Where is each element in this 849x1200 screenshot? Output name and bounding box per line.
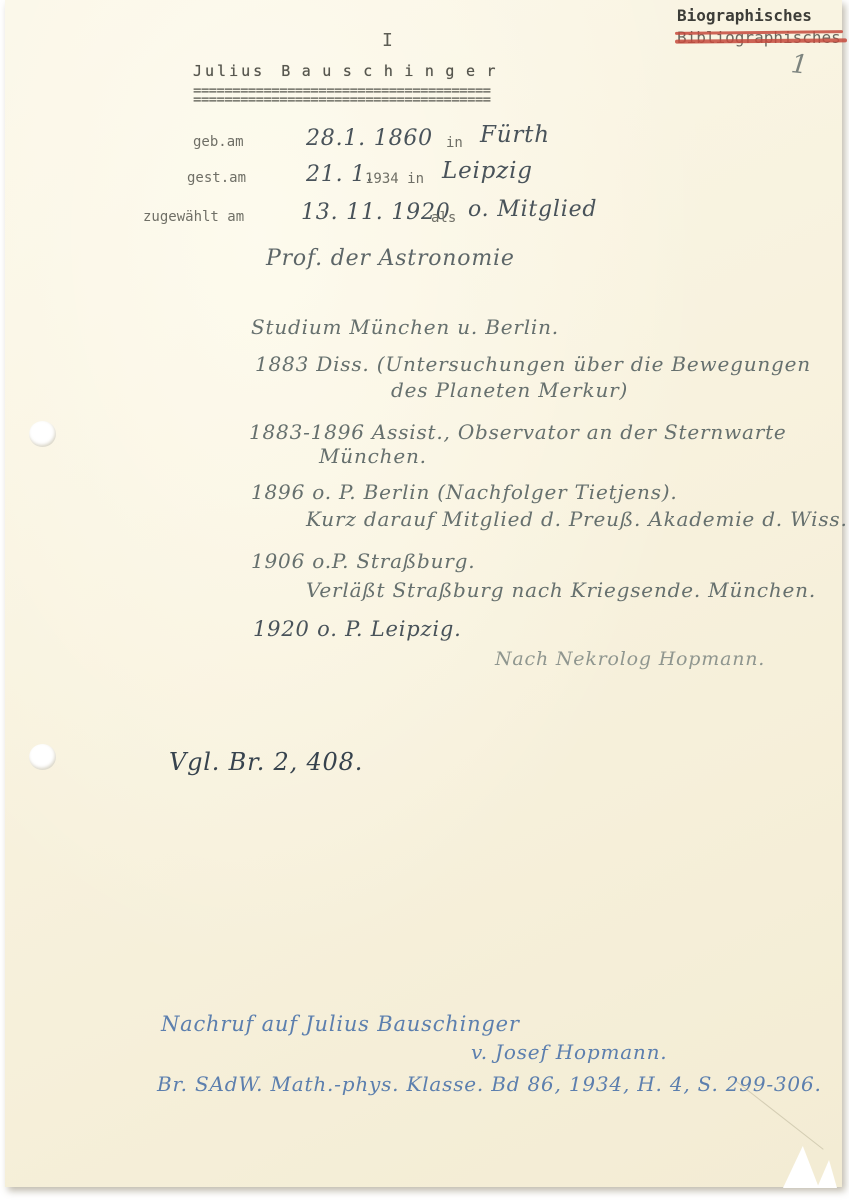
field-value-birth-date: 28.1. 1860 (306, 126, 433, 151)
punch-hole-bottom (29, 744, 56, 770)
biography-line-1906-strassburg: 1906 o.P. Straßburg. (251, 549, 475, 573)
field-value-death-place: Leipzig (442, 158, 533, 184)
section-numeral: I (382, 30, 393, 51)
biography-line-1920-leipzig: 1920 o. P. Leipzig. (253, 617, 462, 641)
field-value-death-date: 21. 1. (306, 162, 374, 187)
stamp-biographisches: Biographisches (677, 6, 812, 25)
field-label-gest-am: gest.am (187, 170, 246, 186)
page-title: JuliusBauschinger (193, 62, 507, 80)
torn-corner-notch-small (817, 1160, 837, 1188)
obituary-title-line: Nachruf auf Julius Bauschinger (161, 1012, 520, 1036)
biography-line-assist: 1883-1896 Assist., Observator an der Ste… (249, 420, 787, 444)
biography-line-muenchen: München. (319, 444, 427, 468)
obituary-author-line: v. Josef Hopmann. (471, 1040, 667, 1064)
title-underline-row2: ====================================== (193, 96, 491, 104)
field-value-membership-type: o. Mitglied (468, 197, 597, 222)
reference-note: Vgl. Br. 2, 408. (169, 748, 363, 776)
scanned-document-page: Biographisches Bibliographisches 1 I Jul… (5, 0, 842, 1187)
biography-line-kriegsende: Verläßt Straßburg nach Kriegsende. Münch… (306, 578, 816, 602)
torn-corner-notch-large (783, 1146, 819, 1188)
nekrolog-source-note: Nach Nekrolog Hopmann. (495, 648, 765, 670)
obituary-citation-line: Br. SAdW. Math.-phys. Klasse. Bd 86, 193… (157, 1072, 822, 1096)
biography-line-merkur: des Planeten Merkur) (391, 378, 628, 402)
biography-line-studium: Studium München u. Berlin. (251, 315, 559, 339)
profession-note: Prof. der Astronomie (266, 246, 515, 271)
field-connector-als: als (431, 210, 456, 226)
field-label-zugewaehlt-am: zugewählt am (143, 209, 244, 225)
biography-line-1896-berlin: 1896 o. P. Berlin (Nachfolger Tietjens). (251, 480, 678, 504)
biography-line-akademie: Kurz darauf Mitglied d. Preuß. Akademie … (306, 507, 848, 531)
biography-line-1883-diss: 1883 Diss. (Untersuchungen über die Bewe… (255, 352, 811, 376)
field-value-birth-place: Fürth (480, 122, 550, 148)
title-first-name: Julius (193, 62, 265, 80)
page-number: 1 (789, 49, 809, 81)
punch-hole-top (29, 421, 56, 447)
field-connector-in-death: 1934 in (365, 171, 424, 187)
title-last-name: Bauschinger (281, 62, 507, 80)
field-connector-in-birth: in (446, 135, 463, 151)
field-value-election-date: 13. 11. 1920 (301, 200, 451, 225)
field-label-geb-am: geb.am (193, 134, 244, 150)
